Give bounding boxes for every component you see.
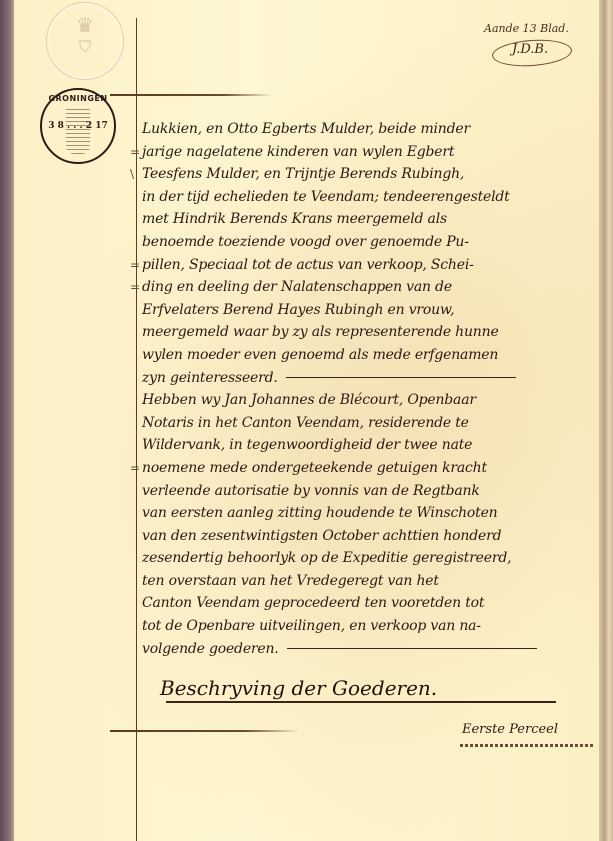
hyphen-mark: = (130, 254, 140, 277)
text-line: Erfvelaters Berend Hayes Rubingh en vrou… (142, 299, 608, 322)
text-line: benoemde toeziende voogd over genoemde P… (142, 231, 608, 254)
text-line: =ding en deeling der Nalatenschappen van… (142, 276, 608, 299)
text-line: van den zesentwintigsten October achttie… (142, 525, 608, 548)
top-rule (110, 94, 272, 96)
document-page: ♛ ⛉ GRONINGEN 3 8 . . . 2 17 Aande 13 Bl… (14, 0, 599, 841)
text-line: in der tijd echelieden te Veendam; tende… (142, 186, 608, 209)
hyphen-mark: = (130, 276, 140, 299)
parcel-underline (460, 744, 594, 747)
text-line: meergemeld waar by zy als representerend… (142, 321, 608, 344)
text-line: Notaris in het Canton Veendam, resideren… (142, 412, 608, 435)
text-line: volgende goederen. (142, 638, 608, 661)
postmark-town: GRONINGEN (42, 94, 114, 103)
shield-icon: ⛉ (47, 37, 123, 57)
text-line: zyn geinteresseerd. (142, 367, 608, 390)
text-line: wylen moeder even genoemd als mede erfge… (142, 344, 608, 367)
text-line: zesendertig behoorlyk op de Expeditie ge… (142, 547, 608, 570)
deed-text: Lukkien, en Otto Egberts Mulder, beide m… (142, 118, 608, 660)
text-line: \Teesfens Mulder, en Trijntje Berends Ru… (142, 163, 608, 186)
page-stack-right-edge (599, 0, 613, 841)
binding-left-edge (0, 0, 14, 841)
notary-initials: J.D.B. (512, 42, 548, 57)
text-line: Lukkien, en Otto Egberts Mulder, beide m… (142, 118, 608, 141)
lower-rule (110, 730, 300, 732)
text-line: Hebben wy Jan Johannes de Blécourt, Open… (142, 389, 608, 412)
hyphen-mark: = (130, 457, 140, 480)
text-line: tot de Openbare uitveilingen, en verkoop… (142, 615, 608, 638)
text-line: Wildervank, in tegenwoordigheid der twee… (142, 434, 608, 457)
text-line: Canton Veendam geprocedeerd ten vooretde… (142, 592, 608, 615)
text-line: =pillen, Speciaal tot de actus van verko… (142, 254, 608, 277)
groningen-postmark: GRONINGEN 3 8 . . . 2 17 (40, 88, 116, 164)
heading-underline (166, 701, 556, 703)
text-line: =noemene mede ondergeteekende getuigen k… (142, 457, 608, 480)
embossed-seal: ♛ ⛉ (46, 2, 124, 80)
hyphen-mark: = (130, 141, 140, 164)
text-line: met Hindrik Berends Krans meergemeld als (142, 208, 608, 231)
parcel-label: Eerste Perceel (462, 722, 558, 737)
text-line: ten overstaan van het Vredegeregt van he… (142, 570, 608, 593)
section-heading: Beschryving der Goederen. (160, 676, 437, 700)
folio-note: Aande 13 Blad. (484, 22, 569, 35)
flourish-mark: \ (130, 163, 134, 186)
crown-icon: ♛ (47, 13, 123, 37)
text-line: verleende autorisatie by vonnis van de R… (142, 480, 608, 503)
text-line: =jarige nagelatene kinderen van wylen Eg… (142, 141, 608, 164)
postmark-date: 3 8 . . . 2 17 (42, 121, 114, 131)
text-line: van eersten aanleg zitting houdende te W… (142, 502, 608, 525)
